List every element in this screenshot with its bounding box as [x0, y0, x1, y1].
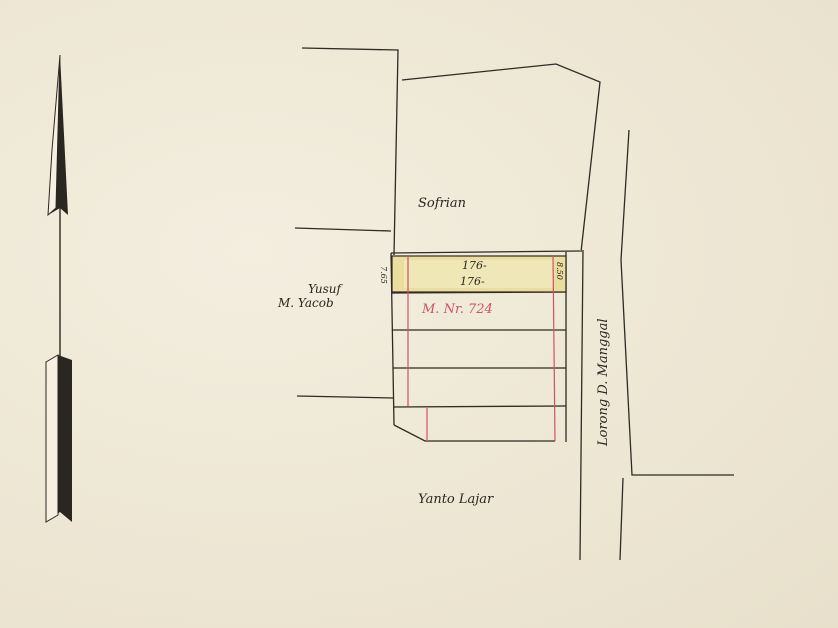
- parcel-id-label: M. Nr. 724: [422, 302, 493, 317]
- parcel-width-bottom: 176-: [460, 275, 485, 288]
- road-label: Lorong D. Manggal: [596, 318, 611, 446]
- north-arrow-icon: [46, 55, 72, 522]
- neighbor-north-label: Sofrian: [418, 196, 466, 211]
- boundary-lines: [295, 48, 734, 560]
- neighbor-west-label-1: Yusuf: [308, 282, 341, 296]
- neighbor-west-label-2: M. Yacob: [278, 296, 334, 310]
- parcel-width-top: 176-: [462, 259, 487, 272]
- map-lines: [0, 0, 838, 628]
- neighbor-south-label: Yanto Lajar: [418, 492, 493, 507]
- map-sheet: Sofrian Yusuf M. Yacob 176- 176- 7.65 8.…: [0, 0, 838, 628]
- parcel-side-left: 7.65: [379, 266, 388, 284]
- parcel-side-right: 8.50: [555, 262, 564, 280]
